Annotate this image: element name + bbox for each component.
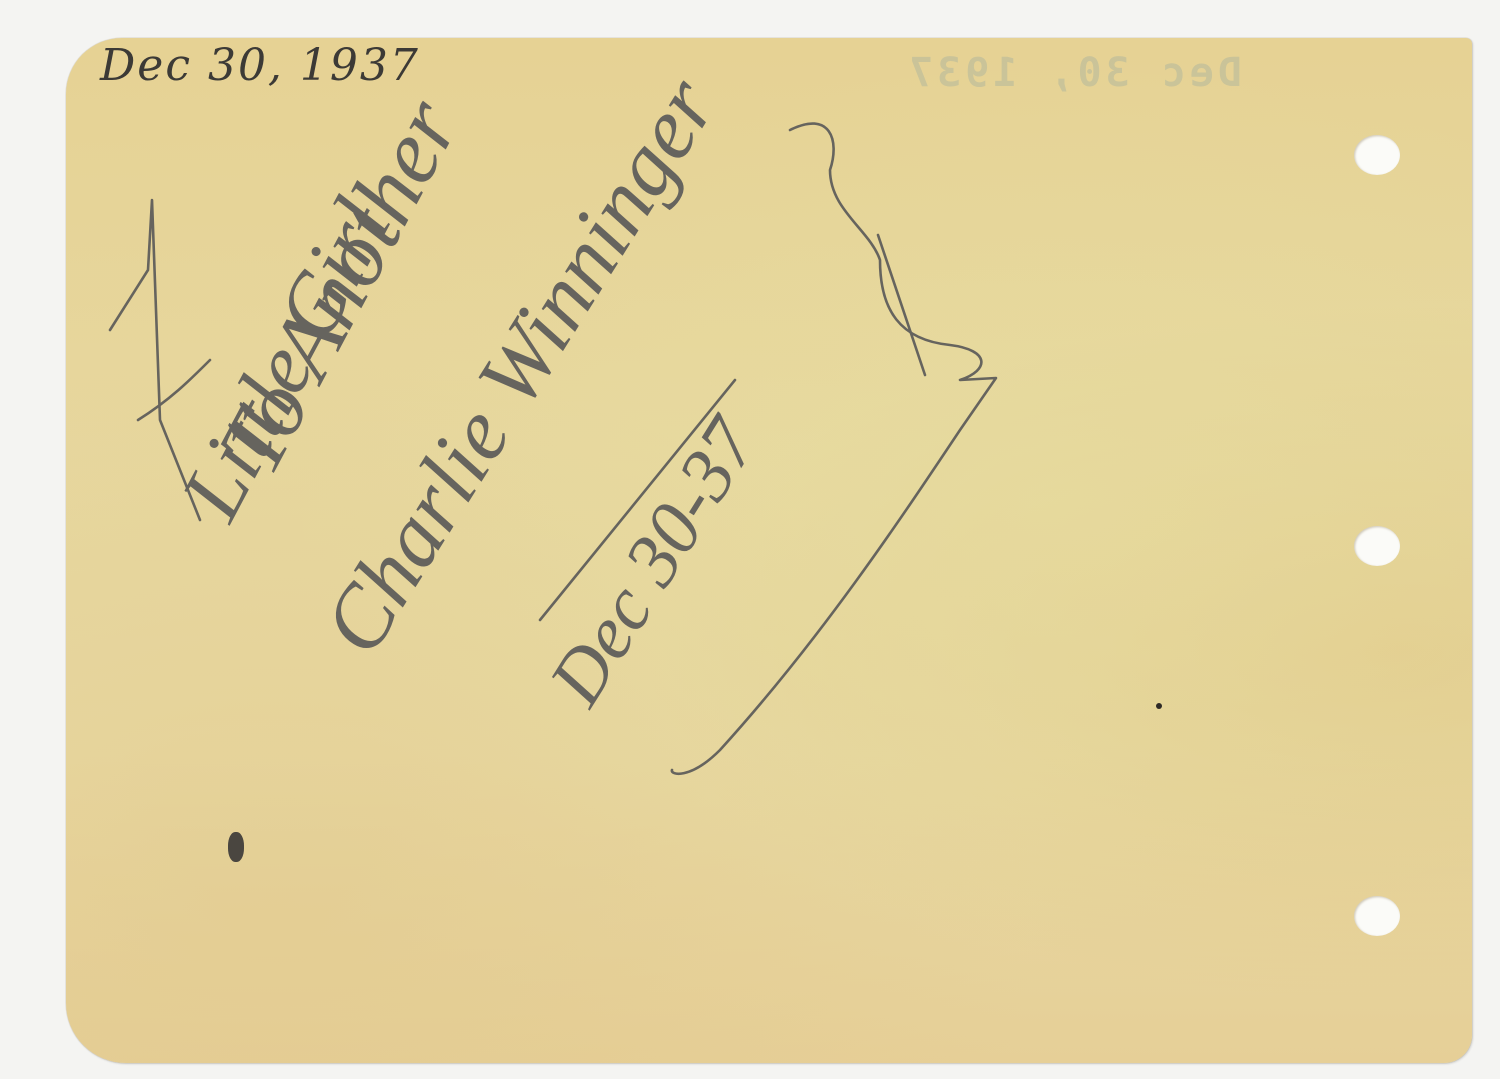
ink-speck bbox=[1156, 703, 1162, 709]
silverfish-insect bbox=[228, 832, 244, 862]
pencil-inscription: To Another Little Girl Charlie Winninger… bbox=[0, 0, 1500, 1079]
svg-text:Dec 30-37: Dec 30-37 bbox=[533, 402, 775, 720]
